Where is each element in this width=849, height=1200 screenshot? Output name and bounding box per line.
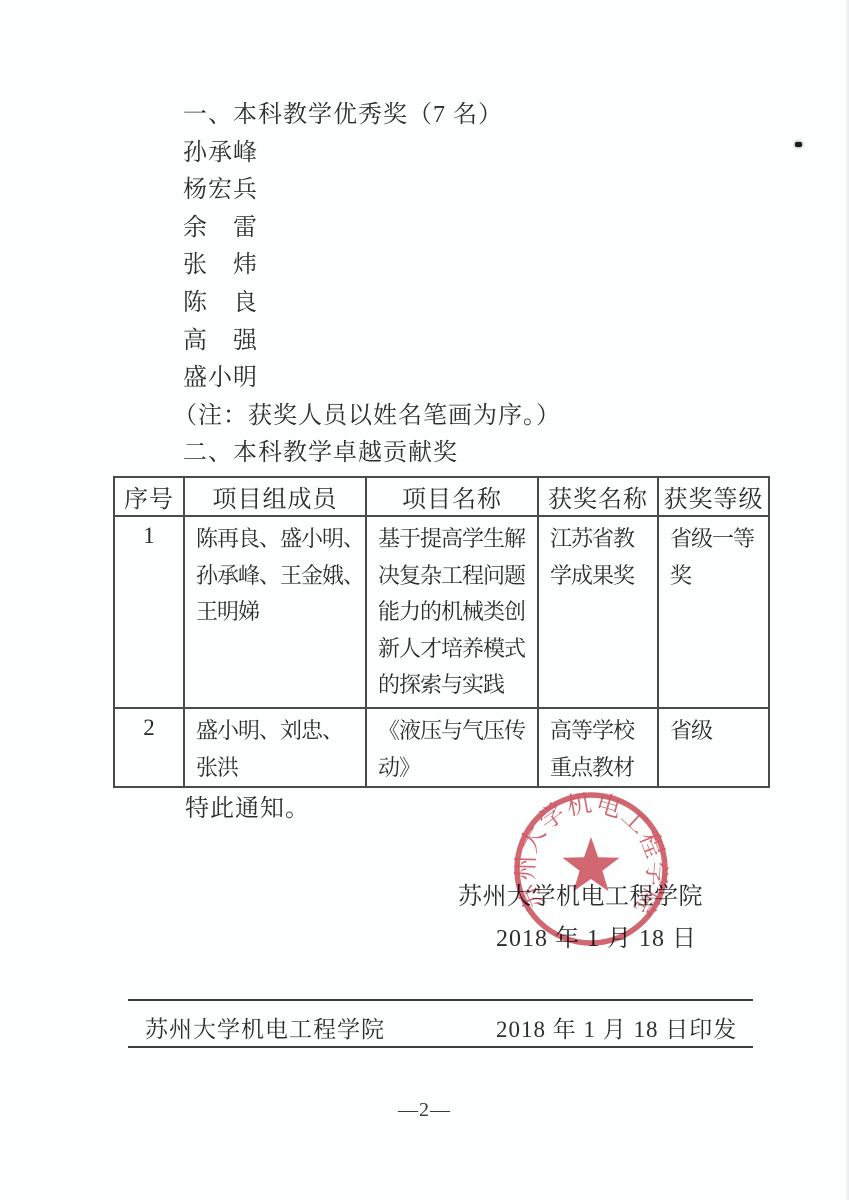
cell-level: 省级一等 奖	[658, 516, 769, 708]
footer-print-date: 2018 年 1 月 18 日印发	[496, 1011, 737, 1044]
document-page: 一、本科教学优秀奖（7 名） 孙承峰 杨宏兵 余 雷 张 炜 陈 良 高 强 盛…	[0, 0, 849, 1200]
awardee-name: 陈 良	[183, 285, 561, 323]
cell-members: 陈再良、盛小明、 孙承峰、王金娥、 王明娣	[184, 516, 366, 708]
table-header-project: 项目名称	[366, 477, 538, 516]
footer-issuer: 苏州大学机电工程学院	[145, 1011, 385, 1044]
cell-members: 盛小明、刘忠、 张洪	[184, 708, 366, 787]
cell-line: 的探索与实践	[378, 667, 533, 704]
cell-line: 江苏省教	[550, 521, 653, 558]
cell-award: 江苏省教 学成果奖	[538, 516, 658, 708]
table-header-row: 序号 项目组成员 项目名称 获奖名称 获奖等级	[114, 477, 769, 516]
star-icon	[563, 837, 620, 891]
cell-line: 盛小明、刘忠、	[196, 713, 361, 750]
awardee-name: 余 雷	[183, 210, 561, 248]
awardee-name: 杨宏兵	[183, 172, 561, 210]
cell-line: 决复杂工程问题	[378, 558, 533, 595]
award2-heading: 二、本科教学卓越贡献奖	[183, 435, 561, 473]
footer-bottom-rule	[128, 1046, 753, 1048]
awardee-name: 盛小明	[183, 360, 561, 398]
cell-no: 2	[114, 708, 184, 787]
award-table: 序号 项目组成员 项目名称 获奖名称 获奖等级 1 陈再良、盛小明、 孙承峰、王…	[113, 476, 770, 788]
cell-line: 省级一等	[670, 521, 764, 558]
body-text-block: 一、本科教学优秀奖（7 名） 孙承峰 杨宏兵 余 雷 张 炜 陈 良 高 强 盛…	[183, 97, 561, 473]
table-header-members: 项目组成员	[184, 477, 366, 516]
page-number: —2—	[0, 1099, 849, 1122]
awardee-name: 孙承峰	[183, 135, 561, 173]
table-row: 1 陈再良、盛小明、 孙承峰、王金娥、 王明娣 基于提高学生解 决复杂工程问题 …	[114, 516, 769, 708]
ordering-note: （注：获奖人员以姓名笔画为序。）	[173, 398, 561, 436]
table-header-award: 获奖名称	[538, 477, 658, 516]
table-header-level: 获奖等级	[658, 477, 769, 516]
cell-project: 基于提高学生解 决复杂工程问题 能力的机械类创 新人才培养模式 的探索与实践	[366, 516, 538, 708]
cell-line: 王明娣	[196, 594, 361, 631]
cell-line: 新人才培养模式	[378, 631, 533, 668]
cell-line: 能力的机械类创	[378, 594, 533, 631]
cell-line: 基于提高学生解	[378, 521, 533, 558]
award1-heading: 一、本科教学优秀奖（7 名）	[183, 97, 561, 135]
official-seal-stamp: 苏州大学机电工程学院	[496, 774, 686, 964]
scan-speck	[795, 142, 802, 147]
cell-line: 孙承峰、王金娥、	[196, 558, 361, 595]
cell-line: 张洪	[196, 750, 361, 787]
awardee-name: 高 强	[183, 323, 561, 361]
footer-top-rule	[128, 999, 753, 1001]
cell-line: 高等学校	[550, 713, 653, 750]
cell-line: 学成果奖	[550, 558, 653, 595]
cell-line: 省级	[670, 713, 764, 750]
cell-line: 《液压与气压传	[378, 713, 533, 750]
awardee-name: 张 炜	[183, 247, 561, 285]
scan-edge-shadow	[845, 0, 849, 1200]
cell-line: 奖	[670, 558, 764, 595]
table-header-no: 序号	[114, 477, 184, 516]
notice-text: 特此通知。	[185, 788, 310, 823]
cell-no: 1	[114, 516, 184, 708]
cell-line: 陈再良、盛小明、	[196, 521, 361, 558]
